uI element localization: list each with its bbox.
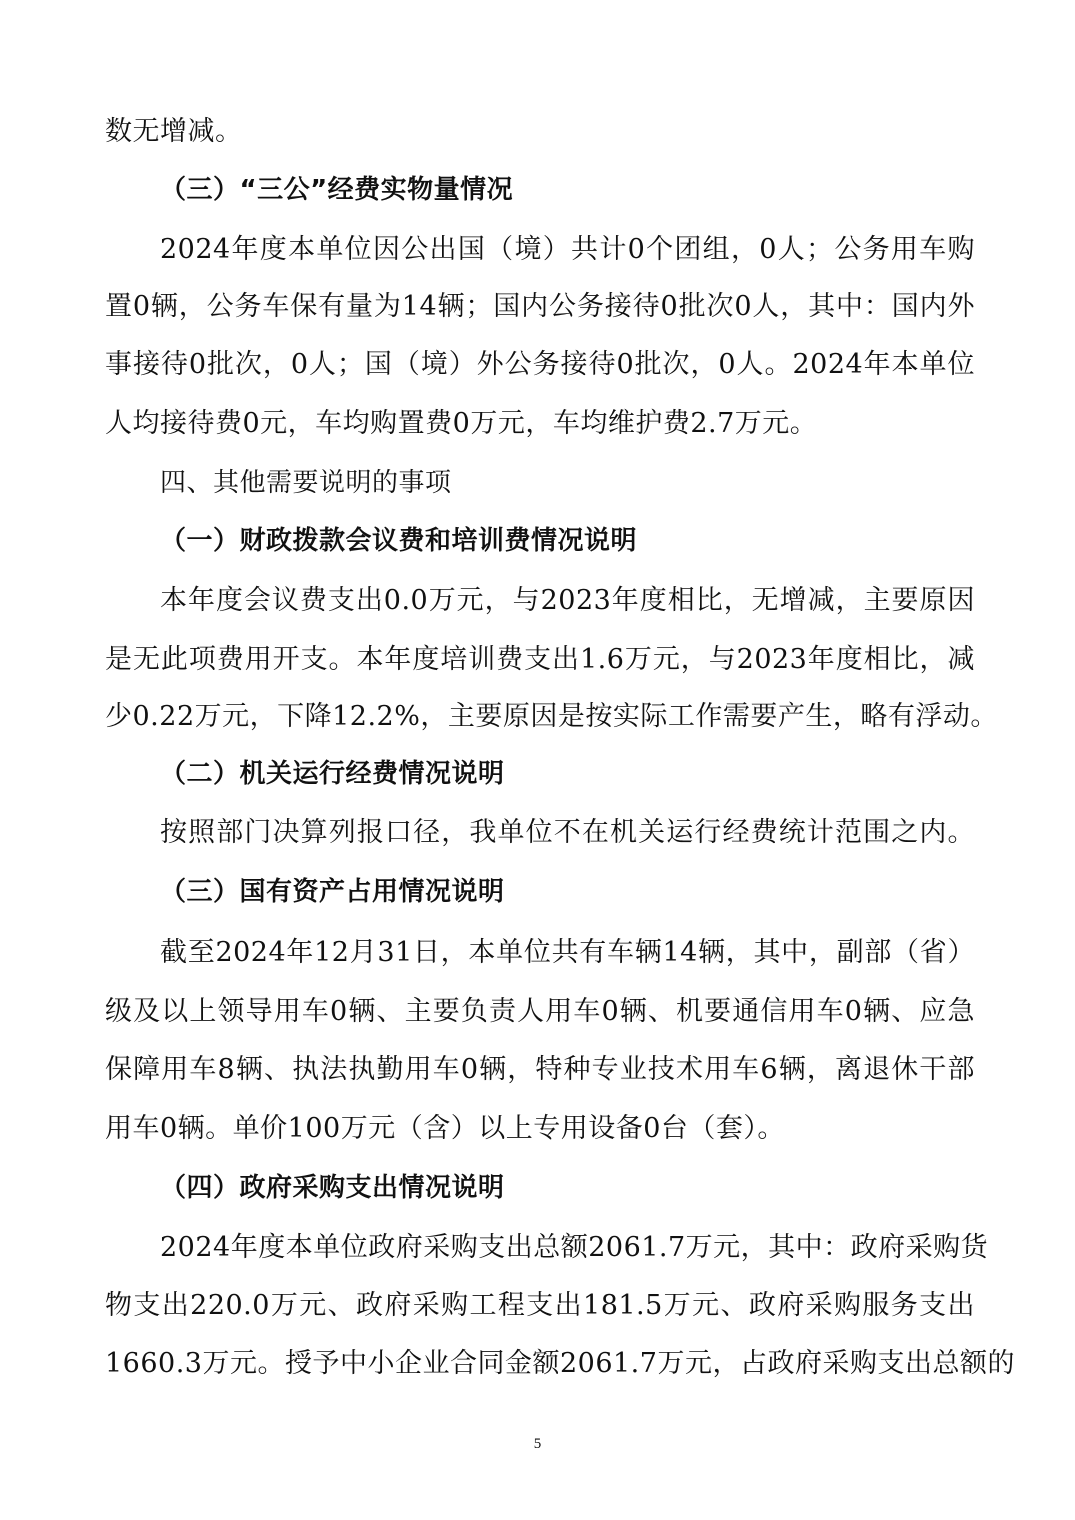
section-heading-operating-expenses: （二）机关运行经费情况说明 bbox=[160, 757, 1030, 791]
paragraph-line: 本年度会议费支出0.0万元，与2023年度相比，无增减，主要原因 bbox=[160, 584, 975, 618]
paragraph-line: 用车0辆。单价100万元（含）以上专用设备0台（套）。 bbox=[105, 1112, 975, 1146]
paragraph-line: 人均接待费0元，车均购置费0万元，车均维护费2.7万元。 bbox=[105, 407, 975, 441]
paragraph-line: 置0辆，公务车保有量为14辆；国内公务接待0批次0人，其中：国内外 bbox=[105, 290, 975, 324]
section-heading-meeting-training: （一）财政拨款会议费和培训费情况说明 bbox=[160, 524, 1030, 558]
section-heading-gov-procurement: （四）政府采购支出情况说明 bbox=[160, 1171, 1030, 1205]
paragraph-line: 物支出220.0万元、政府采购工程支出181.5万元、政府采购服务支出 bbox=[105, 1289, 975, 1323]
continuation-text: 数无增减。 bbox=[105, 115, 975, 149]
paragraph-line: 保障用车8辆、执法执勤用车0辆，特种专业技术用车6辆，离退休干部 bbox=[105, 1053, 975, 1087]
document-page: 数无增减。 （三）“三公”经费实物量情况 2024年度本单位因公出国（境）共计0… bbox=[0, 0, 1075, 1520]
page-number: 5 bbox=[0, 1436, 1075, 1453]
paragraph-line: 截至2024年12月31日，本单位共有车辆14辆，其中，副部（省） bbox=[160, 936, 975, 970]
paragraph-line: 2024年度本单位政府采购支出总额2061.7万元，其中：政府采购货 bbox=[160, 1231, 975, 1265]
section-heading-other-matters: 四、其他需要说明的事项 bbox=[160, 466, 1030, 500]
paragraph-line: 是无此项费用开支。本年度培训费支出1.6万元，与2023年度相比，减 bbox=[105, 643, 975, 677]
paragraph-line: 级及以上领导用车0辆、主要负责人用车0辆、机要通信用车0辆、应急 bbox=[105, 995, 975, 1029]
section-heading-state-assets: （三）国有资产占用情况说明 bbox=[160, 875, 1030, 909]
paragraph-line: 2024年度本单位因公出国（境）共计0个团组，0人；公务用车购 bbox=[160, 233, 975, 267]
paragraph-line: 按照部门决算列报口径，我单位不在机关运行经费统计范围之内。 bbox=[160, 816, 975, 850]
paragraph-line: 少0.22万元，下降12.2%，主要原因是按实际工作需要产生，略有浮动。 bbox=[105, 700, 975, 734]
paragraph-line: 事接待0批次，0人；国（境）外公务接待0批次，0人。2024年本单位 bbox=[105, 348, 975, 382]
paragraph-line: 1660.3万元。授予中小企业合同金额2061.7万元，占政府采购支出总额的 bbox=[105, 1347, 975, 1381]
section-heading-sangong-physical: （三）“三公”经费实物量情况 bbox=[160, 173, 1030, 207]
